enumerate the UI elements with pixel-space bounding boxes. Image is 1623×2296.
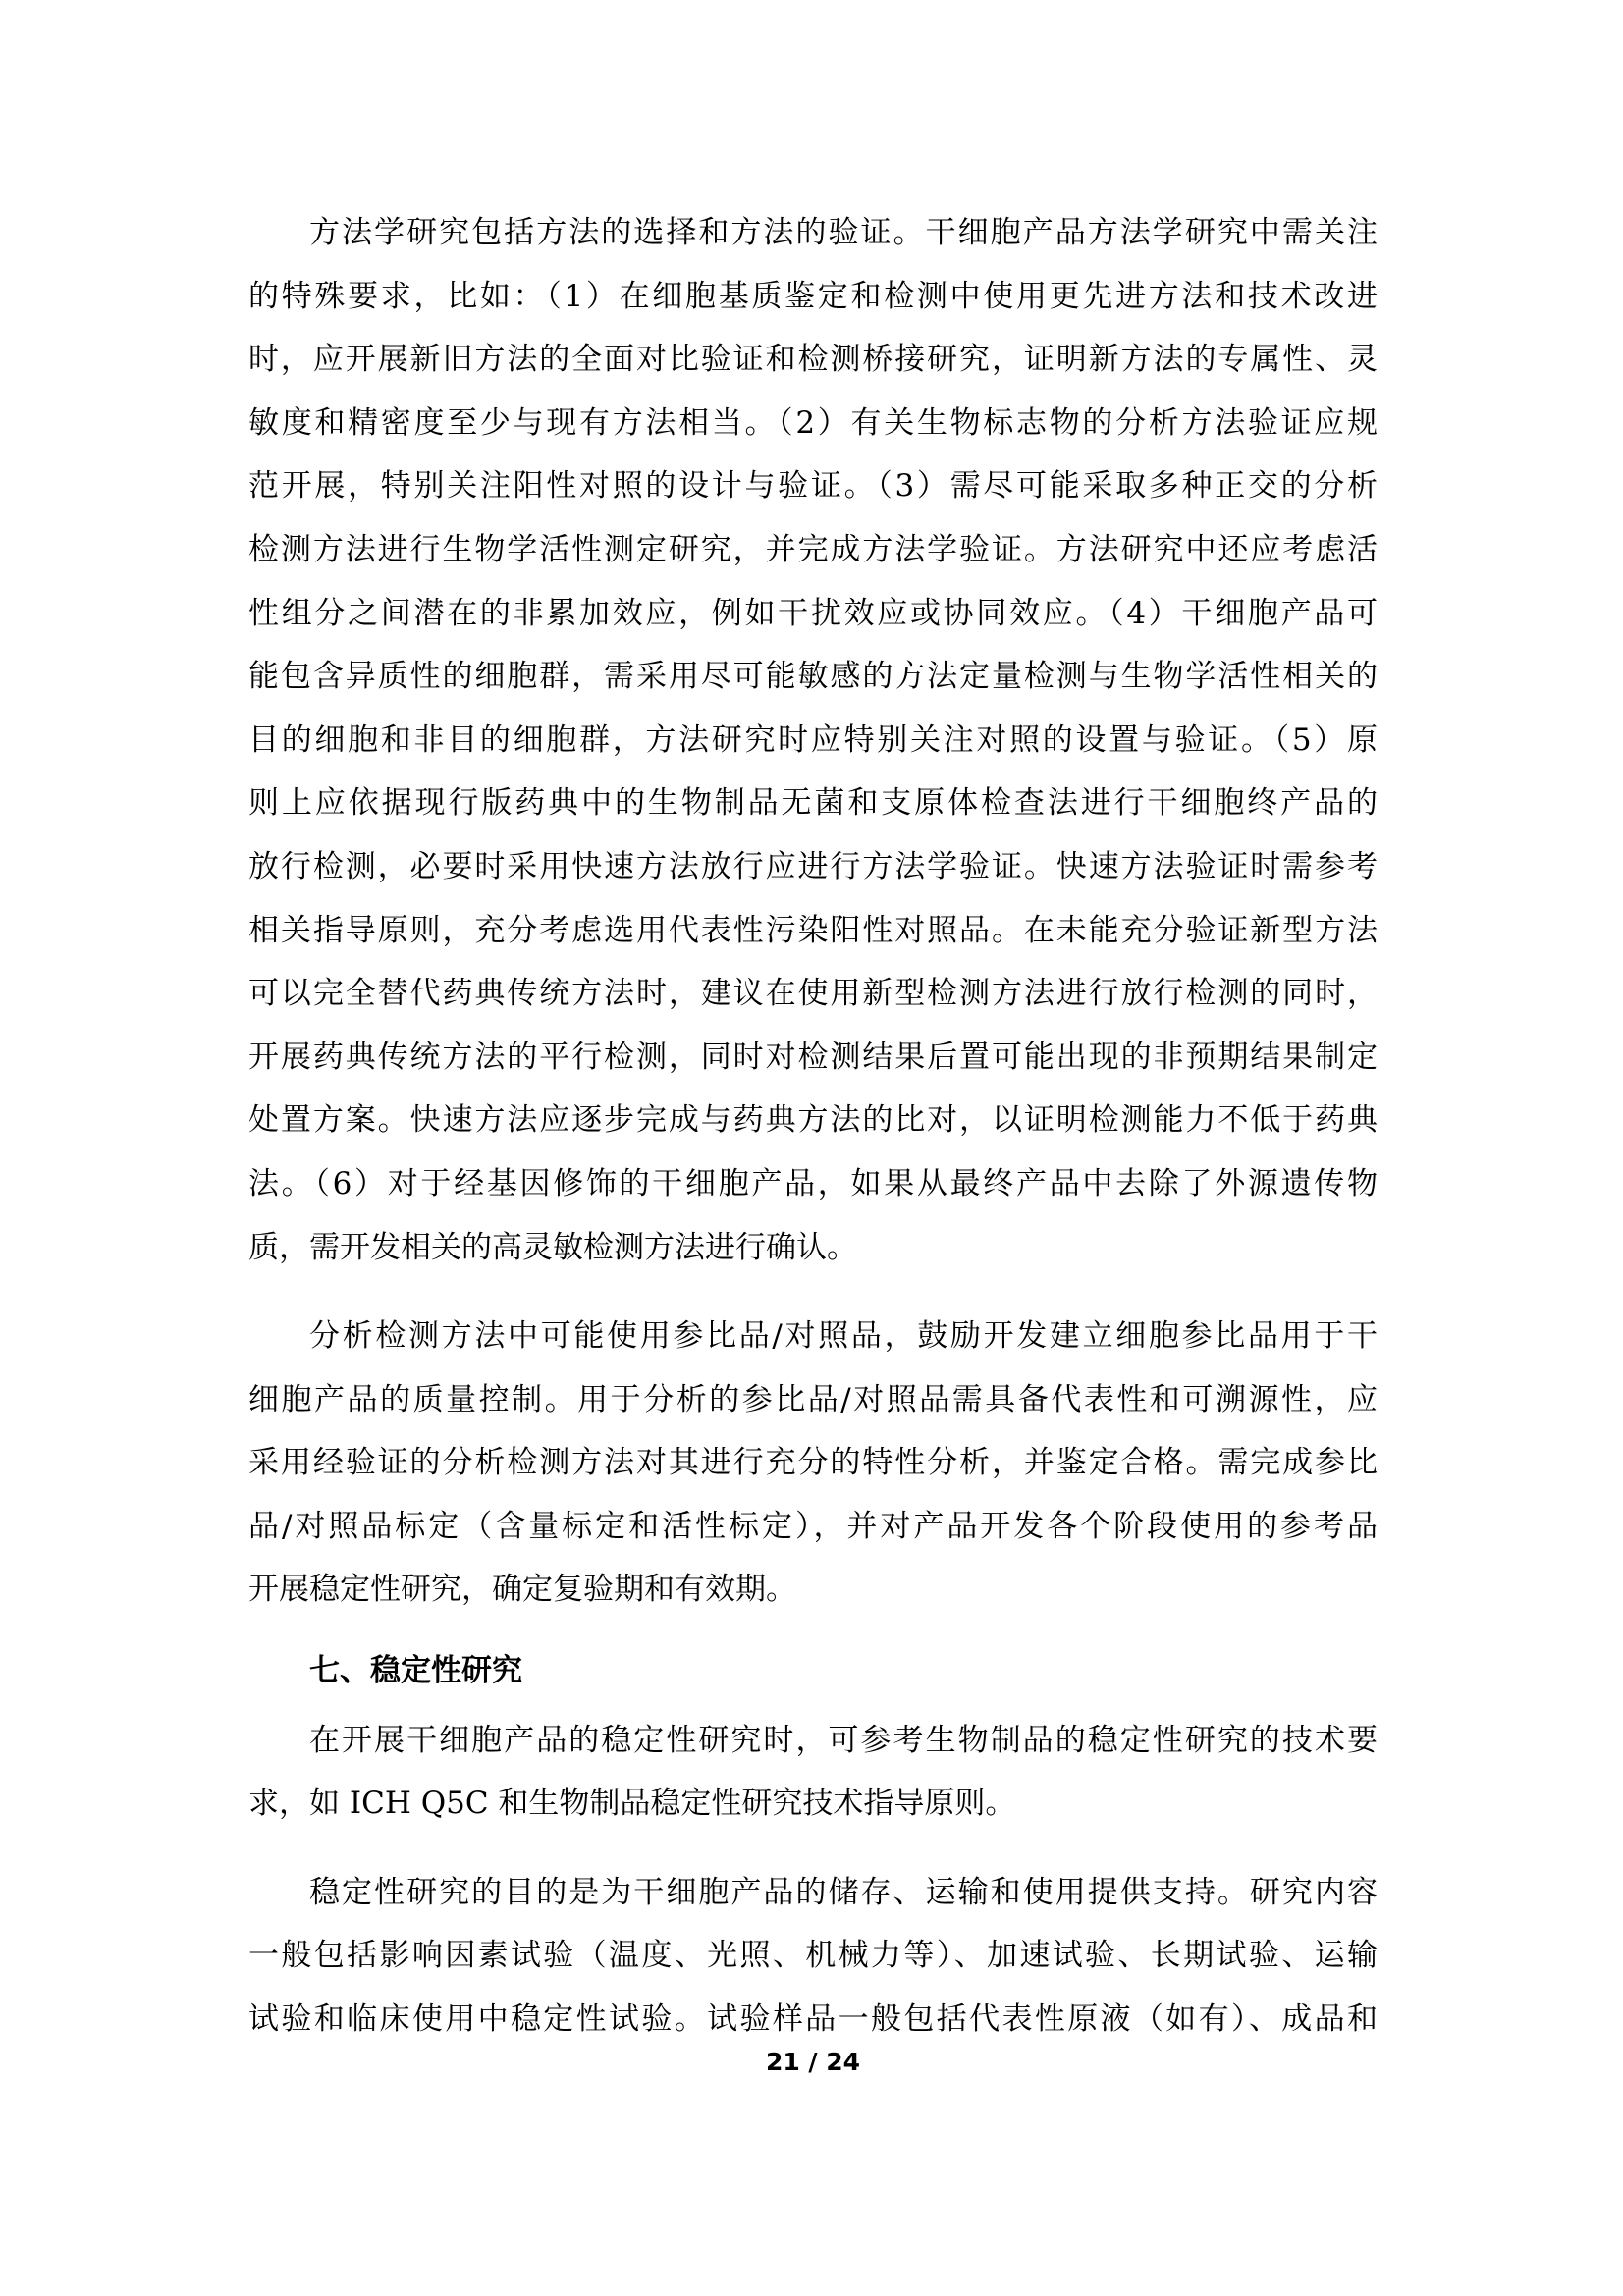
text-line: 处置方案。快速方法应逐步完成与药典方法的比对，以证明检测能力不低于药典 — [248, 1089, 1378, 1152]
text-line: 开展稳定性研究，确定复验期和有效期。 — [248, 1558, 1378, 1622]
text-line: 采用经验证的分析检测方法对其进行充分的特性分析，并鉴定合格。需完成参比 — [248, 1431, 1378, 1495]
text-line: 范开展，特别关注阳性对照的设计与验证。（3）需尽可能采取多种正交的分析 — [248, 454, 1378, 518]
text-line: 法。（6）对于经基因修饰的干细胞产品，如果从最终产品中去除了外源遗传物 — [248, 1152, 1378, 1216]
text-line: 质，需开发相关的高灵敏检测方法进行确认。 — [248, 1216, 1378, 1280]
text-line: 可以完全替代药典传统方法时，建议在使用新型检测方法进行放行检测的同时， — [248, 962, 1378, 1026]
paragraph: 在开展干细胞产品的稳定性研究时，可参考生物制品的稳定性研究的技术要求，如 ICH… — [248, 1709, 1378, 1836]
text-line: 则上应依据现行版药典中的生物制品无菌和支原体检查法进行干细胞终产品的 — [248, 772, 1378, 835]
text-line: 一般包括影响因素试验（温度、光照、机械力等）、加速试验、长期试验、运输 — [248, 1924, 1378, 1988]
text-line: 敏度和精密度至少与现有方法相当。（2）有关生物标志物的分析方法验证应规 — [248, 392, 1378, 455]
document-content: 方法学研究包括方法的选择和方法的验证。干细胞产品方法学研究中需关注的特殊要求，比… — [248, 201, 1378, 2077]
text-line: 在开展干细胞产品的稳定性研究时，可参考生物制品的稳定性研究的技术要 — [248, 1709, 1378, 1773]
page-footer: 21 / 24 — [248, 2048, 1378, 2077]
text-line: 目的细胞和非目的细胞群，方法研究时应特别关注对照的设置与验证。（5）原 — [248, 709, 1378, 773]
text-line: 细胞产品的质量控制。用于分析的参比品/对照品需具备代表性和可溯源性，应 — [248, 1368, 1378, 1432]
text-line: 性组分之间潜在的非累加效应，例如干扰效应或协同效应。（4）干细胞产品可 — [248, 582, 1378, 646]
document-page: 方法学研究包括方法的选择和方法的验证。干细胞产品方法学研究中需关注的特殊要求，比… — [0, 0, 1623, 2296]
text-line: 检测方法进行生物学活性测定研究，并完成方法学验证。方法研究中还应考虑活 — [248, 518, 1378, 582]
section-heading: 七、稳定性研究 — [248, 1639, 1378, 1703]
text-line: 开展药典传统方法的平行检测，同时对检测结果后置可能出现的非预期结果制定 — [248, 1026, 1378, 1090]
text-line: 求，如 ICH Q5C 和生物制品稳定性研究技术指导原则。 — [248, 1772, 1378, 1836]
paragraph: 分析检测方法中可能使用参比品/对照品，鼓励开发建立细胞参比品用于干细胞产品的质量… — [248, 1305, 1378, 1622]
text-line: 放行检测，必要时采用快速方法放行应进行方法学验证。快速方法验证时需参考 — [248, 835, 1378, 899]
paragraph: 稳定性研究的目的是为干细胞产品的储存、运输和使用提供支持。研究内容一般包括影响因… — [248, 1861, 1378, 2052]
page-number: 21 / 24 — [766, 2048, 860, 2076]
heading-line: 七、稳定性研究 — [248, 1639, 1378, 1703]
text-line: 试验和临床使用中稳定性试验。试验样品一般包括代表性原液（如有）、成品和 — [248, 1988, 1378, 2052]
text-line: 方法学研究包括方法的选择和方法的验证。干细胞产品方法学研究中需关注 — [248, 201, 1378, 265]
text-line: 的特殊要求，比如：（1）在细胞基质鉴定和检测中使用更先进方法和技术改进 — [248, 265, 1378, 329]
text-line: 时，应开展新旧方法的全面对比验证和检测桥接研究，证明新方法的专属性、灵 — [248, 328, 1378, 392]
text-line: 能包含异质性的细胞群，需采用尽可能敏感的方法定量检测与生物学活性相关的 — [248, 645, 1378, 709]
text-line: 品/对照品标定（含量标定和活性标定），并对产品开发各个阶段使用的参考品 — [248, 1495, 1378, 1559]
text-line: 相关指导原则，充分考虑选用代表性污染阳性对照品。在未能充分验证新型方法 — [248, 899, 1378, 963]
text-line: 分析检测方法中可能使用参比品/对照品，鼓励开发建立细胞参比品用于干 — [248, 1305, 1378, 1368]
text-line: 稳定性研究的目的是为干细胞产品的储存、运输和使用提供支持。研究内容 — [248, 1861, 1378, 1925]
paragraph: 方法学研究包括方法的选择和方法的验证。干细胞产品方法学研究中需关注的特殊要求，比… — [248, 201, 1378, 1279]
